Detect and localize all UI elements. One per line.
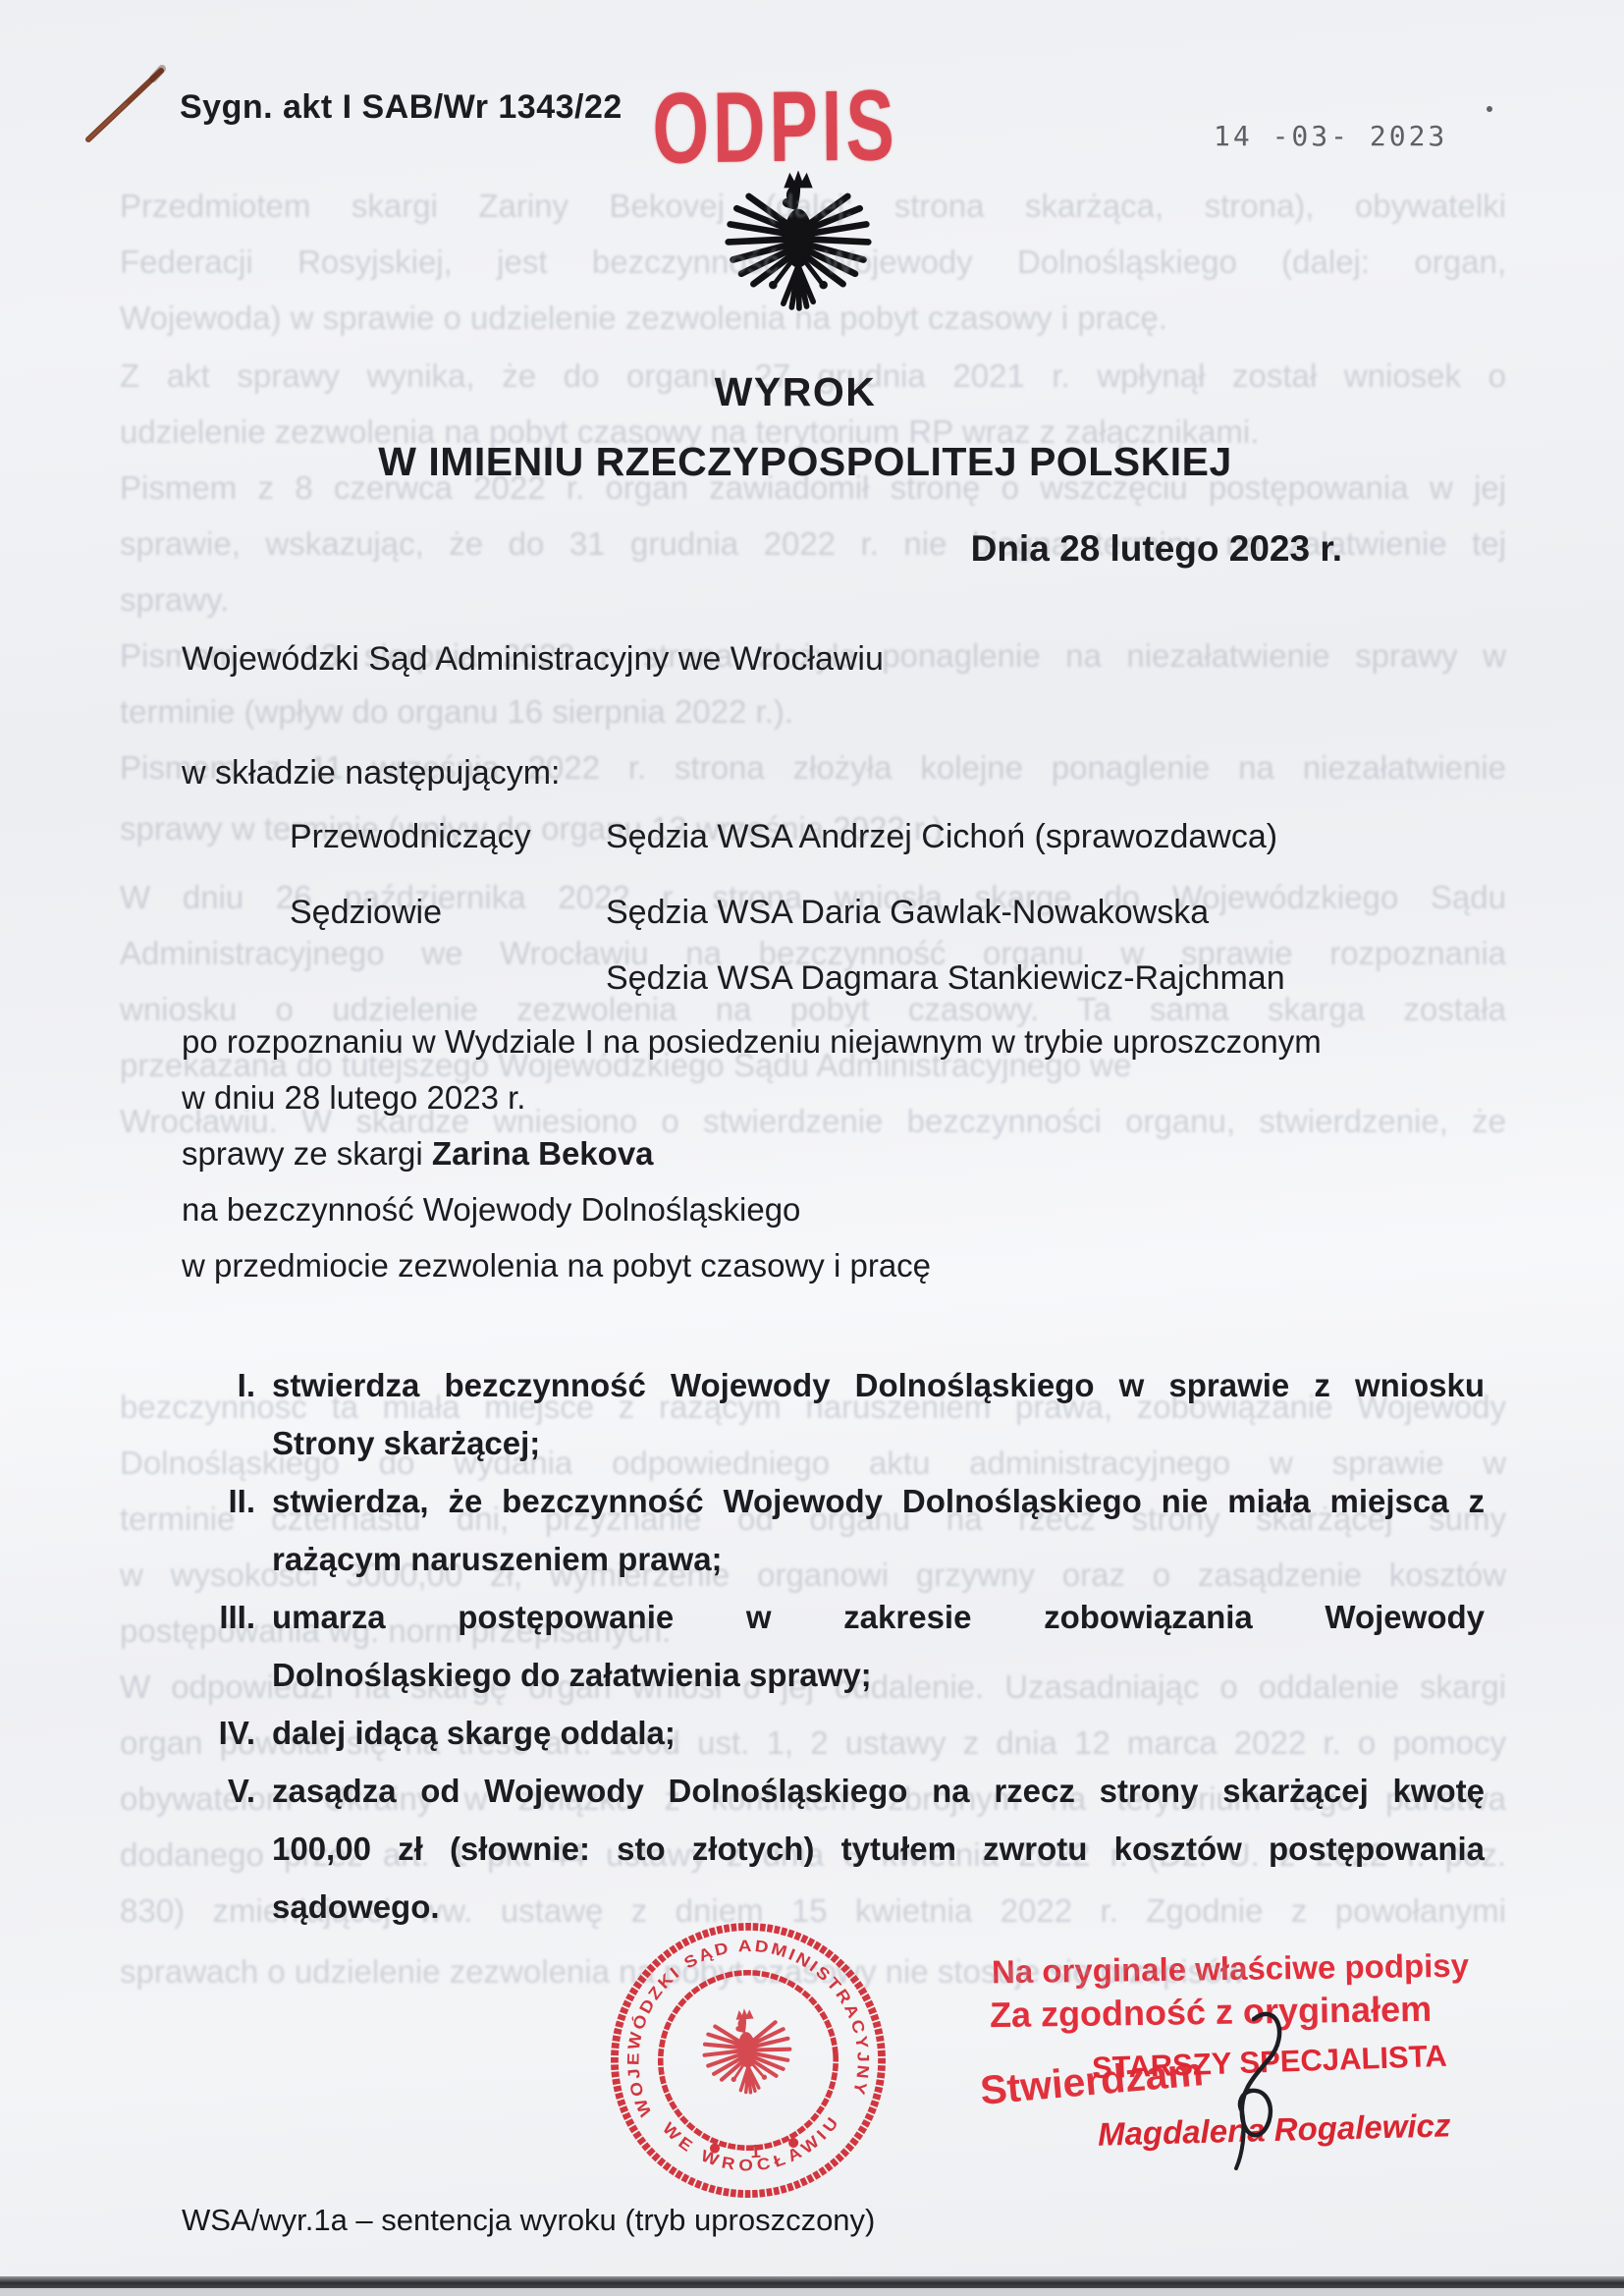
ruling-text-line: stwierdza bezczynność Wojewody Dolnośląs… <box>272 1356 1485 1414</box>
recital-line: po rozpoznaniu w Wydziale I na posiedzen… <box>182 1023 1322 1061</box>
ruling-number: V. <box>196 1762 255 1936</box>
court-name: Wojewódzki Sąd Administracyjny we Wrocła… <box>182 640 884 679</box>
panel-judge: Sędzia WSA Dagmara Stankiewicz-Rajchman <box>606 959 1285 998</box>
scan-edge-margin <box>0 2288 1624 2296</box>
ruling-number: II. <box>196 1472 255 1588</box>
footer-form-reference: WSA/wyr.1a – sentencja wyroku (tryb upro… <box>182 2203 875 2238</box>
ruling-number: III. <box>196 1588 255 1704</box>
scan-edge-shadow <box>0 2276 1624 2288</box>
ruling-text-line: Strony skarżącej; <box>272 1414 1485 1472</box>
panel-role: Przewodniczący <box>290 818 531 856</box>
handwritten-signature <box>1203 2011 1297 2176</box>
recital-line: w dniu 28 lutego 2023 r. <box>182 1079 525 1117</box>
court-round-seal: WOJEWÓDZKI SĄD ADMINISTRACYJNY WE WROCŁA… <box>596 1908 900 2213</box>
ruling-text-line: stwierdza, że bezczynność Wojewody Dolno… <box>272 1472 1485 1530</box>
seal-number: 1 <box>749 2142 761 2163</box>
ruling-text-line: rażącym naruszeniem prawa; <box>272 1530 1485 1588</box>
case-number: Sygn. akt I SAB/Wr 1343/22 <box>180 88 623 127</box>
ruling-text-line: dalej idącą skargę oddala; <box>272 1704 1485 1762</box>
panel-judge: Sędzia WSA Daria Gawlak-Nowakowska <box>606 894 1209 932</box>
recital-line: w przedmiocie zezwolenia na pobyt czasow… <box>182 1247 931 1285</box>
judgment-title: WYROK <box>0 369 1591 415</box>
judgment-subtitle: W IMIENIU RZECZYPOSPOLITEJ POLSKIEJ <box>0 439 1610 485</box>
panel-judge: Sędzia WSA Andrzej Cichoń (sprawozdawca) <box>606 818 1277 856</box>
ruling-item: V. zasądza od Wojewody Dolnośląskiego na… <box>196 1762 1488 1936</box>
ruling-number: IV. <box>196 1704 255 1762</box>
ruling-text-line: zasądza od Wojewody Dolnośląskiego na rz… <box>272 1762 1485 1820</box>
ruling-number: I. <box>196 1356 255 1472</box>
odpis-copy-stamp: ODPIS <box>652 67 898 186</box>
date-received-stamp: 14 -03- 2023 <box>1214 120 1447 152</box>
bleed-through-line: Federacji Rosyjskiej, jest bezczynność W… <box>120 245 1506 288</box>
ruling-item: I. stwierdza bezczynność Wojewody Dolnoś… <box>196 1356 1488 1472</box>
ruling-item: II. stwierdza, że bezczynność Wojewody D… <box>196 1472 1488 1588</box>
bleed-through-line: Przedmiotem skargi Zariny Bekovej (dalej… <box>120 189 1506 232</box>
recital-prefix: sprawy ze skargi <box>182 1135 432 1172</box>
ruling-item: III. umarza postępowanie w zakresie zobo… <box>196 1588 1488 1704</box>
claimant-name: Zarina Bekova <box>432 1135 654 1172</box>
bleed-through-line: sprawy. <box>120 582 229 626</box>
pen-stroke-mark <box>75 59 177 149</box>
recital-line: sprawy ze skargi Zarina Bekova <box>182 1135 654 1173</box>
panel-role: Sędziowie <box>290 894 442 932</box>
bleed-through-line: Wojewoda) w sprawie o udzielenie zezwole… <box>120 301 1167 344</box>
ruling-text-line: Dolnośląskiego do załatwienia sprawy; <box>272 1646 1485 1704</box>
ruling-item: IV. dalej idącą skargę oddala; <box>196 1704 1488 1762</box>
seal-eagle-icon <box>702 2007 793 2096</box>
judgment-date-line: Dnia 28 lutego 2023 r. <box>0 528 1342 570</box>
ruling-text-line: umarza postępowanie w zakresie zobowiąza… <box>272 1588 1485 1646</box>
recital-line: na bezczynność Wojewody Dolnośląskiego <box>182 1191 800 1229</box>
rulings-list: I. stwierdza bezczynność Wojewody Dolnoś… <box>196 1356 1488 1936</box>
scan-speck <box>1487 106 1492 112</box>
certification-line: Stwierdzam <box>978 2049 1205 2114</box>
composition-intro: w składzie następującym: <box>182 754 561 793</box>
bleed-through-line: terminie (wpływ do organu 16 sierpnia 20… <box>120 694 793 738</box>
scanned-court-judgment-page: Przedmiotem skargi Zariny Bekovej (dalej… <box>0 0 1624 2296</box>
ruling-text-line: 100,00 zł (słownie: sto złotych) tytułem… <box>272 1820 1485 1878</box>
